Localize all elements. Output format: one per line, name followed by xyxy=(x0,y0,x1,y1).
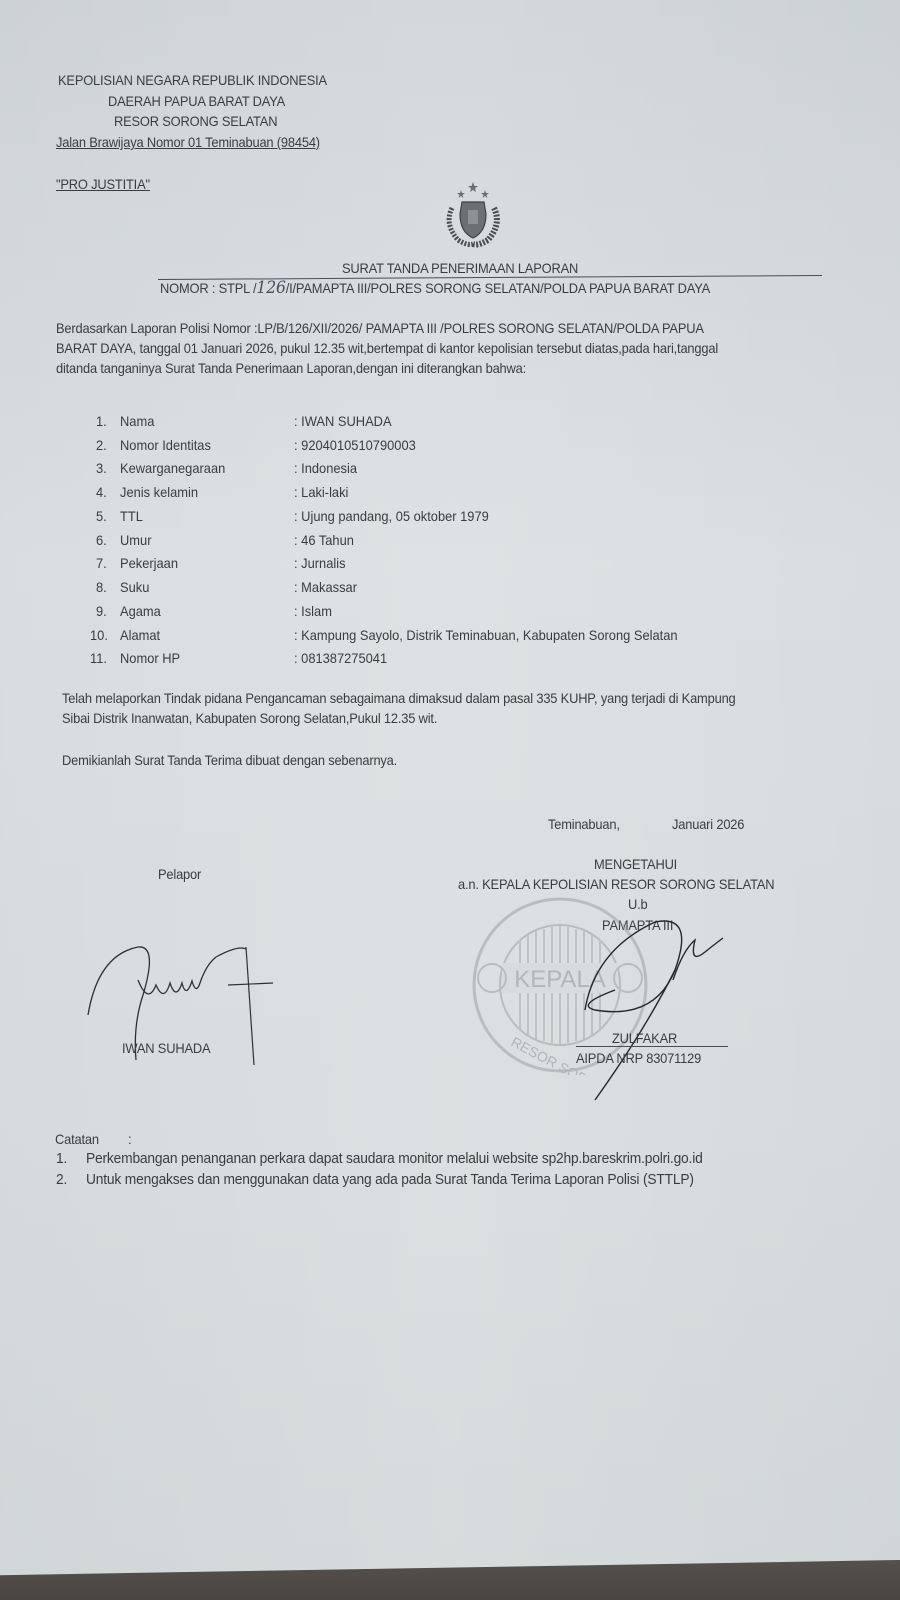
identity-row: 7.Pekerjaan: Jurnalis xyxy=(96,555,896,577)
closing-statement: Demikianlah Surat Tanda Terima dibuat de… xyxy=(62,752,397,769)
notes-title: Catatan xyxy=(55,1131,99,1148)
identity-row: 9.Agama: Islam xyxy=(96,603,896,625)
identity-no: 4. xyxy=(96,484,107,500)
header-resort: RESOR SORONG SELATAN xyxy=(114,113,277,130)
identity-value: : Indonesia xyxy=(294,460,357,476)
header-institution: KEPOLISIAN NEGARA REPUBLIK INDONESIA xyxy=(58,72,327,89)
reporter-title: Pelapor xyxy=(158,866,201,883)
signing-place: Teminabuan, xyxy=(548,816,620,833)
identity-label: Alamat xyxy=(120,627,160,643)
header-region: DAERAH PAPUA BARAT DAYA xyxy=(108,93,285,110)
identity-row: 11.Nomor HP: 081387275041 xyxy=(90,650,890,672)
report-line-2: Sibai Distrik Inanwatan, Kabupaten Soron… xyxy=(62,710,437,727)
identity-no: 5. xyxy=(96,508,107,524)
identity-row: 8.Suku: Makassar xyxy=(96,579,896,601)
number-suffix: /I/PAMAPTA III/POLRES SORONG SELATAN/POL… xyxy=(286,280,710,296)
identity-no: 11. xyxy=(90,650,107,666)
identity-row: 10.Alamat: Kampung Sayolo, Distrik Temin… xyxy=(90,627,890,649)
intro-line-1: Berdasarkan Laporan Polisi Nomor :LP/B/1… xyxy=(56,320,704,337)
identity-no: 1. xyxy=(96,413,107,429)
identity-no: 10. xyxy=(90,627,108,643)
identity-label: Umur xyxy=(120,532,151,548)
identity-row: 5.TTL: Ujung pandang, 05 oktober 1979 xyxy=(96,508,896,530)
identity-no: 8. xyxy=(96,579,107,595)
identity-value: : Makassar xyxy=(294,579,357,595)
officer-signature-icon xyxy=(555,910,755,1110)
identity-value: : 46 Tahun xyxy=(294,532,354,548)
number-prefix: NOMOR : STPL / xyxy=(160,280,256,296)
police-emblem-icon xyxy=(428,180,518,250)
identity-no: 9. xyxy=(96,603,107,619)
identity-label: Nomor HP xyxy=(120,650,180,666)
identity-no: 7. xyxy=(96,555,107,571)
identity-no: 3. xyxy=(96,460,107,476)
identity-row: 2.Nomor Identitas: 9204010510790003 xyxy=(96,437,896,459)
identity-value: : Jurnalis xyxy=(294,555,346,571)
report-line-1: Telah melaporkan Tindak pidana Pengancam… xyxy=(62,690,736,707)
identity-value: : IWAN SUHADA xyxy=(294,413,392,429)
identity-value: : Ujung pandang, 05 oktober 1979 xyxy=(294,508,489,524)
identity-label: Nomor Identitas xyxy=(120,437,211,453)
identity-row: 6.Umur: 46 Tahun xyxy=(96,532,896,554)
note-number: 1. xyxy=(56,1150,67,1167)
number-handwritten: 126 xyxy=(256,278,285,298)
document-title: SURAT TANDA PENERIMAAN LAPORAN xyxy=(342,260,578,277)
identity-label: Suku xyxy=(120,579,149,595)
identity-row: 1.Nama: IWAN SUHADA xyxy=(96,413,896,435)
reporter-name: IWAN SUHADA xyxy=(122,1040,210,1057)
signing-date: Januari 2026 xyxy=(672,816,744,833)
identity-label: Nama xyxy=(120,413,154,429)
intro-line-3: ditanda tanganinya Surat Tanda Penerimaa… xyxy=(56,360,526,377)
intro-line-2: BARAT DAYA, tanggal 01 Januari 2026, puk… xyxy=(56,340,718,357)
note-number: 2. xyxy=(56,1171,67,1188)
document-paper: KEPOLISIAN NEGARA REPUBLIK INDONESIA DAE… xyxy=(0,0,900,1600)
identity-label: TTL xyxy=(120,508,143,524)
acknowledged-label: MENGETAHUI xyxy=(594,856,677,873)
note-text: Perkembangan penanganan perkara dapat sa… xyxy=(86,1150,703,1167)
pro-justitia: "PRO JUSTITIA" xyxy=(56,176,150,193)
identity-value: : 9204010510790003 xyxy=(294,437,416,453)
identity-row: 3.Kewarganegaraan: Indonesia xyxy=(96,460,896,482)
officer-name: ZULFAKAR xyxy=(612,1030,677,1047)
officer-rank-nrp: AIPDA NRP 83071129 xyxy=(576,1050,701,1067)
identity-value: : 081387275041 xyxy=(294,650,387,666)
identity-label: Jenis kelamin xyxy=(120,484,198,500)
identity-value: : Kampung Sayolo, Distrik Teminabuan, Ka… xyxy=(294,627,678,643)
identity-label: Agama xyxy=(120,603,161,619)
identity-label: Pekerjaan xyxy=(120,555,178,571)
header-address: Jalan Brawijaya Nomor 01 Teminabuan (984… xyxy=(56,134,320,151)
identity-label: Kewarganegaraan xyxy=(120,460,225,476)
identity-value: : Laki-laki xyxy=(294,484,348,500)
identity-no: 2. xyxy=(96,437,107,453)
identity-value: : Islam xyxy=(294,603,332,619)
note-text: Untuk mengakses dan menggunakan data yan… xyxy=(86,1171,694,1188)
identity-row: 4.Jenis kelamin: Laki-laki xyxy=(96,484,896,506)
notes-colon: : xyxy=(128,1131,131,1148)
identity-no: 6. xyxy=(96,532,107,548)
document-number: NOMOR : STPL /126/I/PAMAPTA III/POLRES S… xyxy=(160,280,710,297)
acknowledged-on-behalf: a.n. KEPALA KEPOLISIAN RESOR SORONG SELA… xyxy=(458,876,774,893)
officer-name-underline xyxy=(576,1046,728,1047)
